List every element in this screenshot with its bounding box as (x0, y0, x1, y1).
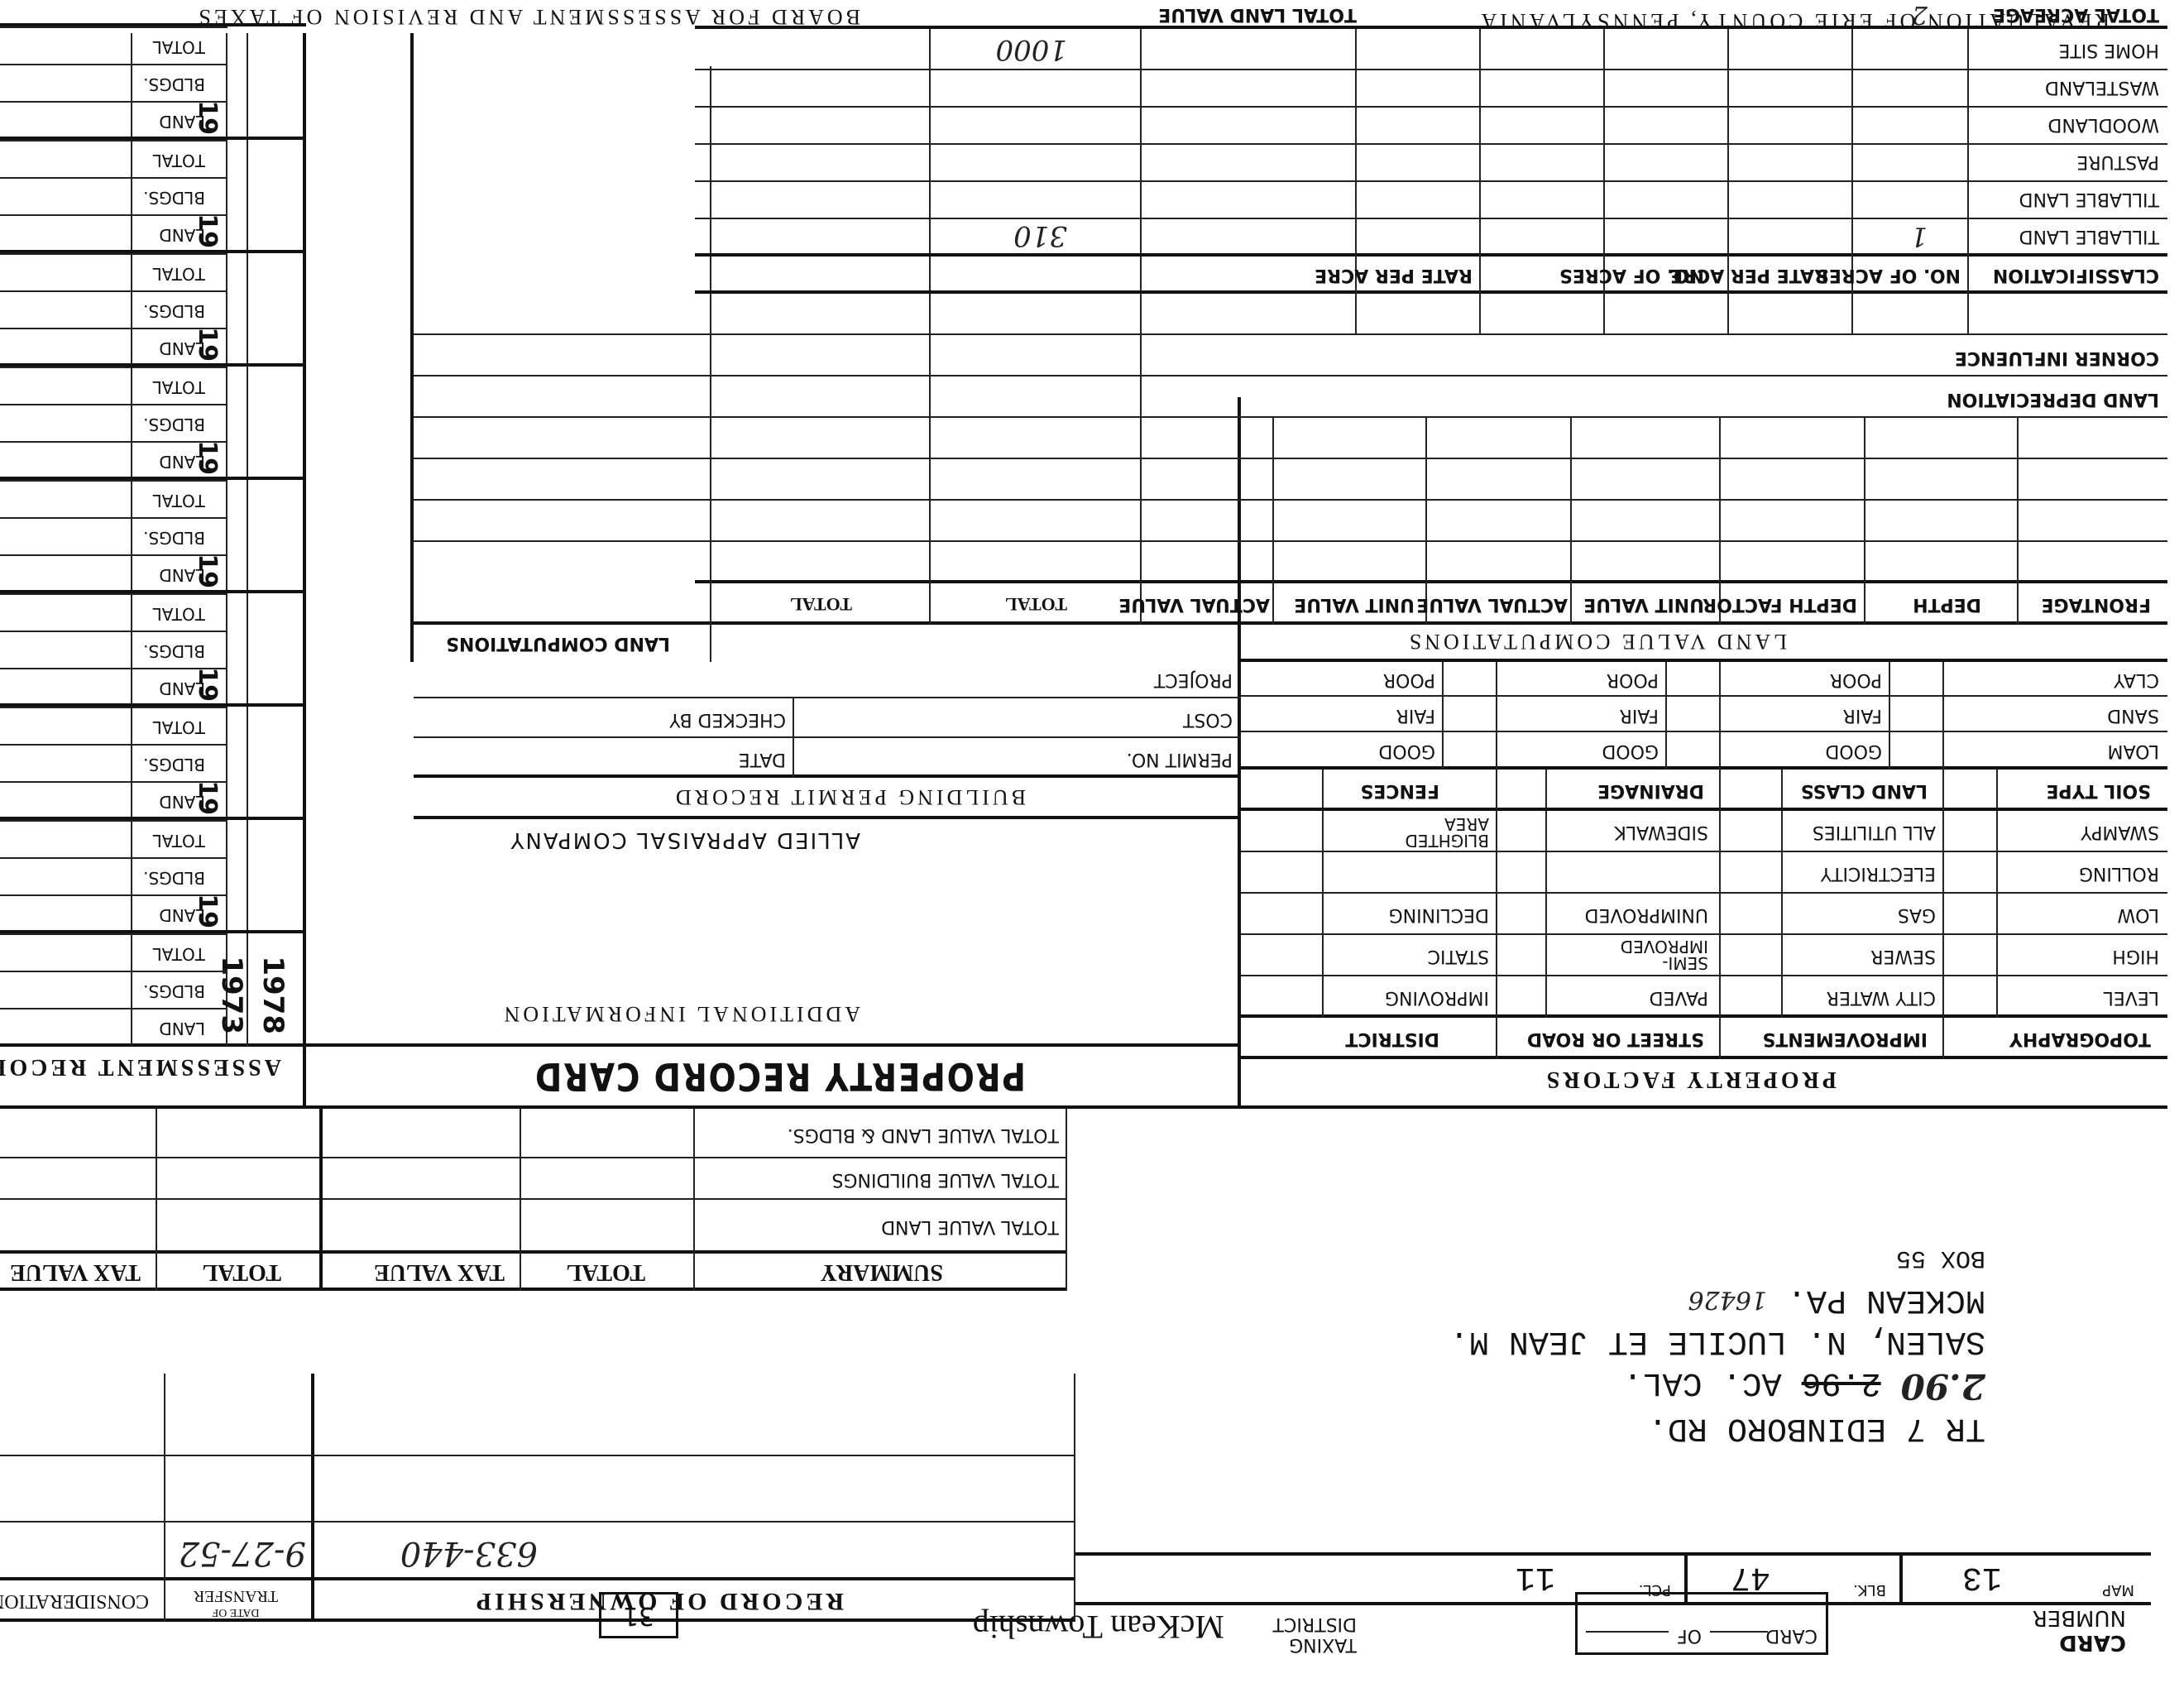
pf-header-district: DISTRICT (1345, 1029, 1439, 1049)
pf-clay[interactable]: CLAY (2114, 669, 2159, 690)
date-transfer-header: DATE OFTRANSFER (174, 1586, 298, 1618)
assessment-row-total: TOTAL (153, 604, 205, 624)
assessment-row-bldgs: BLDGS. (143, 641, 205, 661)
acreage-row-wasteland: WASTELAND (2045, 77, 2159, 98)
consideration-header: CONSIDERATION (0, 1590, 149, 1612)
blk-value: 47 (1731, 1558, 1770, 1595)
assessment-row-bldgs: BLDGS. (143, 528, 205, 548)
assessment-row-bldgs: BLDGS. (143, 415, 205, 434)
lv-header-depth: DEPTH (1913, 594, 1981, 615)
pcl-label: PCL. (1639, 1581, 1671, 1599)
owner-line-4: MCKEAN PA. 16426 (1449, 1278, 1985, 1320)
pf-rolling[interactable]: ROLLING (2079, 863, 2159, 884)
pf-blighted-area[interactable]: BLIGHTED AREA (1390, 816, 1489, 849)
pf-all-utilities[interactable]: ALL UTILITIES (1813, 822, 1936, 842)
lv-header-total-2: TOTAL (790, 593, 852, 615)
taxing-district-value: McKean Township (973, 1608, 1224, 1647)
permit-cost-label: COST (1183, 709, 1233, 730)
assessment-record-title: ASSESSMENT RECORD (0, 1053, 281, 1080)
ownership-deed-value: 633-440 (400, 1534, 538, 1572)
assessment-row-total: TOTAL (153, 491, 205, 511)
pf-header-soil-type: SOIL TYPE (2047, 780, 2152, 801)
acreage-homesite-value: 1000 (995, 33, 1067, 66)
assessment-row-land: LAND (159, 338, 205, 358)
assessment-row-total: TOTAL (153, 264, 205, 284)
land-value-title: LAND VALUE COMPUTATIONS (1406, 629, 1787, 654)
pf-fences-fair[interactable]: FAIR (1396, 705, 1435, 726)
pf-swampy[interactable]: SWAMPY (2081, 822, 2159, 842)
pf-semi-improved[interactable]: SEMI-IMPROVED (1609, 938, 1708, 971)
acreage-tillable-value: 310 (1013, 219, 1067, 252)
pf-improving[interactable]: IMPROVING (1385, 987, 1489, 1008)
lv-header-actual-value-1: ACTUAL VALUE (1416, 594, 1568, 615)
assessment-row-land: LAND (159, 225, 205, 245)
of-label: OF (1677, 1625, 1702, 1646)
acreage-row-tillable-1: TILLABLE LAND (2019, 226, 2159, 247)
assessment-row-bldgs: BLDGS. (143, 188, 205, 208)
assessment-row-land: LAND (159, 679, 205, 698)
county-title: REVALUATION OF ERIE COUNTY, PENNSYLVANIA (1478, 8, 2110, 33)
acreage-tillable-acres: 1 (1911, 221, 1928, 252)
acreage-header-rate-2: RATE PER ACRE (1315, 265, 1473, 285)
permit-no-label: PERMIT NO. (1127, 749, 1233, 770)
blk-label: BLK. (1853, 1581, 1886, 1599)
stamp-year-1978: 1978 (256, 956, 290, 1034)
summary-row-land: TOTAL VALUE LAND (881, 1216, 1059, 1237)
pf-level[interactable]: LEVEL (2104, 987, 2159, 1008)
lv-header-actual-value-2: ACTUAL VALUE (1118, 594, 1270, 615)
property-record-card: CARDNUMBER CARD OF TAXINGDISTRICT McKean… (0, 0, 2184, 1688)
owner-line-2: 2.90 2.96 AC. CAL. (1449, 1361, 1985, 1407)
pf-landclass-poor[interactable]: POOR (1830, 669, 1882, 690)
lv-header-depth-factor: DEPTH FACTOR (1703, 594, 1857, 615)
summary-col-total-2: TOTAL (203, 1259, 281, 1285)
taxing-district-label: TAXINGDISTRICT (1273, 1614, 1357, 1655)
assessment-row-land: LAND (159, 565, 205, 585)
assessment-row-land: LAND (159, 112, 205, 132)
assessment-row-land: LAND (159, 1019, 205, 1038)
summary-col-tax-2: TAX VALUE (10, 1259, 141, 1285)
card-number-label: CARDNUMBER (2033, 1605, 2126, 1655)
assessment-row-total: TOTAL (153, 944, 205, 964)
pf-header-fences: FENCES (1361, 780, 1440, 801)
pf-unimproved[interactable]: UNIMPROVED (1585, 904, 1708, 925)
assessment-row-total: TOTAL (153, 377, 205, 397)
assessment-row-land: LAND (159, 792, 205, 812)
pf-sand[interactable]: SAND (2107, 705, 2159, 726)
card-label: CARD (1765, 1625, 1818, 1646)
pf-city-water[interactable]: CITY WATER (1827, 987, 1936, 1008)
pf-header-improvements: IMPROVEMENTS (1763, 1029, 1928, 1049)
pf-sewer[interactable]: SEWER (1870, 946, 1936, 966)
assessment-row-bldgs: BLDGS. (143, 301, 205, 321)
page-title: PROPERTY RECORD CARD (534, 1054, 1026, 1099)
pf-landclass-good[interactable]: GOOD (1825, 741, 1882, 761)
additional-information-label: ADDITIONAL INFORMATION (501, 1001, 860, 1026)
summary-title: SUMMARY (821, 1259, 943, 1285)
pf-high[interactable]: HIGH (2112, 946, 2159, 966)
acreage-row-woodland: WOODLAND (2047, 114, 2159, 135)
pf-static[interactable]: STATIC (1428, 946, 1489, 966)
ownership-record-title: RECORD OF OWNERSHIP (473, 1587, 844, 1615)
pf-fences-good[interactable]: GOOD (1378, 741, 1435, 761)
owner-address-block: TR 7 EDINBORO RD. 2.90 2.96 AC. CAL. SAL… (1449, 1237, 1985, 1448)
map-value: 13 (1962, 1558, 2002, 1595)
assessment-row-bldgs: BLDGS. (143, 755, 205, 774)
pf-drainage-good[interactable]: GOOD (1602, 741, 1659, 761)
pf-low[interactable]: LOW (2117, 904, 2159, 925)
owner-name: SALEN, N. LUCILE ET JEAN M. (1449, 1320, 1985, 1361)
assessment-row-total: TOTAL (153, 151, 205, 170)
assessment-row-bldgs: BLDGS. (143, 868, 205, 888)
land-computations-label: LAND COMPUTATIONS (446, 633, 670, 654)
assessment-row-land: LAND (159, 452, 205, 472)
assessment-row-land: LAND (159, 905, 205, 925)
pf-loam[interactable]: LOAM (2108, 741, 2159, 761)
pf-header-topography: TOPOGRAPHY (2009, 1029, 2151, 1049)
assessment-row-total: TOTAL (153, 37, 205, 57)
lv-header-unit-value-1: UNIT VALUE (1583, 594, 1704, 615)
acreage-header-acres-1: NO. OF ACRES (1816, 265, 1961, 285)
property-factors-title: PROPERTY FACTORS (1544, 1066, 1837, 1092)
pcl-value: 11 (1516, 1558, 1555, 1595)
pf-declining[interactable]: DECLINING (1389, 904, 1489, 925)
pf-sidewalk[interactable]: SIDEWALK (1614, 822, 1708, 842)
land-depreciation-label: LAND DEPRECIATION (1947, 389, 2159, 410)
lv-header-total-1: TOTAL (1005, 593, 1067, 615)
acreage-row-home-site: HOME SITE (2058, 40, 2159, 60)
stamp-year-1973: 1973 (215, 956, 248, 1034)
map-label: MAP (2102, 1581, 2134, 1599)
pf-landclass-fair[interactable]: FAIR (1843, 705, 1882, 726)
checked-by-label: CHECKED BY (669, 709, 786, 730)
owner-line-1: TR 7 EDINBORO RD. (1449, 1407, 1985, 1448)
pf-electricity[interactable]: ELECTRICITY (1821, 863, 1936, 884)
project-label: PROJECT (1154, 669, 1233, 690)
pf-drainage-poor[interactable]: POOR (1607, 669, 1659, 690)
ownership-date-value: 9-27-52 (179, 1534, 306, 1572)
pf-paved[interactable]: PAVED (1650, 987, 1708, 1008)
summary-row-buildings: TOTAL VALUE BUILDINGS (832, 1169, 1059, 1190)
total-land-value-label: TOTAL LAND VALUE (1158, 4, 1357, 25)
acreage-header-acres-2: NO. OF ACRES (1559, 265, 1704, 285)
lv-header-unit-value-2: UNIT VALUE (1294, 594, 1415, 615)
summary-col-tax-1: TAX VALUE (374, 1259, 505, 1285)
acreage-row-tillable-2: TILLABLE LAND (2019, 189, 2159, 209)
pf-header-street: STREET OR ROAD (1527, 1029, 1704, 1049)
pf-header-land-class: LAND CLASS (1801, 780, 1928, 801)
building-permit-title: BUILDING PERMIT RECORD (673, 784, 1026, 809)
allied-appraisal-label: ALLIED APPRAISAL COMPANY (510, 827, 860, 852)
acreage-row-pasture: PASTURE (2076, 151, 2159, 172)
lv-header-frontage: FRONTAGE (2042, 594, 2152, 615)
assessment-row-total: TOTAL (153, 831, 205, 851)
pf-header-drainage: DRAINAGE (1597, 780, 1704, 801)
owner-line-5: BOX 55 (1449, 1237, 1985, 1278)
summary-col-total-1: TOTAL (567, 1259, 645, 1285)
permit-date-label: DATE (739, 749, 786, 770)
classification-label: CLASSIFICATION (1993, 265, 2159, 285)
pf-fences-poor[interactable]: POOR (1383, 669, 1435, 690)
pf-drainage-fair[interactable]: FAIR (1620, 705, 1659, 726)
corner-influence-label: CORNER INFLUENCE (1955, 348, 2159, 368)
assessment-row-bldgs: BLDGS. (143, 981, 205, 1001)
assessment-row-total: TOTAL (153, 717, 205, 737)
pf-gas[interactable]: GAS (1898, 904, 1936, 925)
assessment-row-bldgs: BLDGS. (143, 74, 205, 94)
summary-row-total: TOTAL VALUE LAND & BLDGS. (788, 1125, 1059, 1145)
